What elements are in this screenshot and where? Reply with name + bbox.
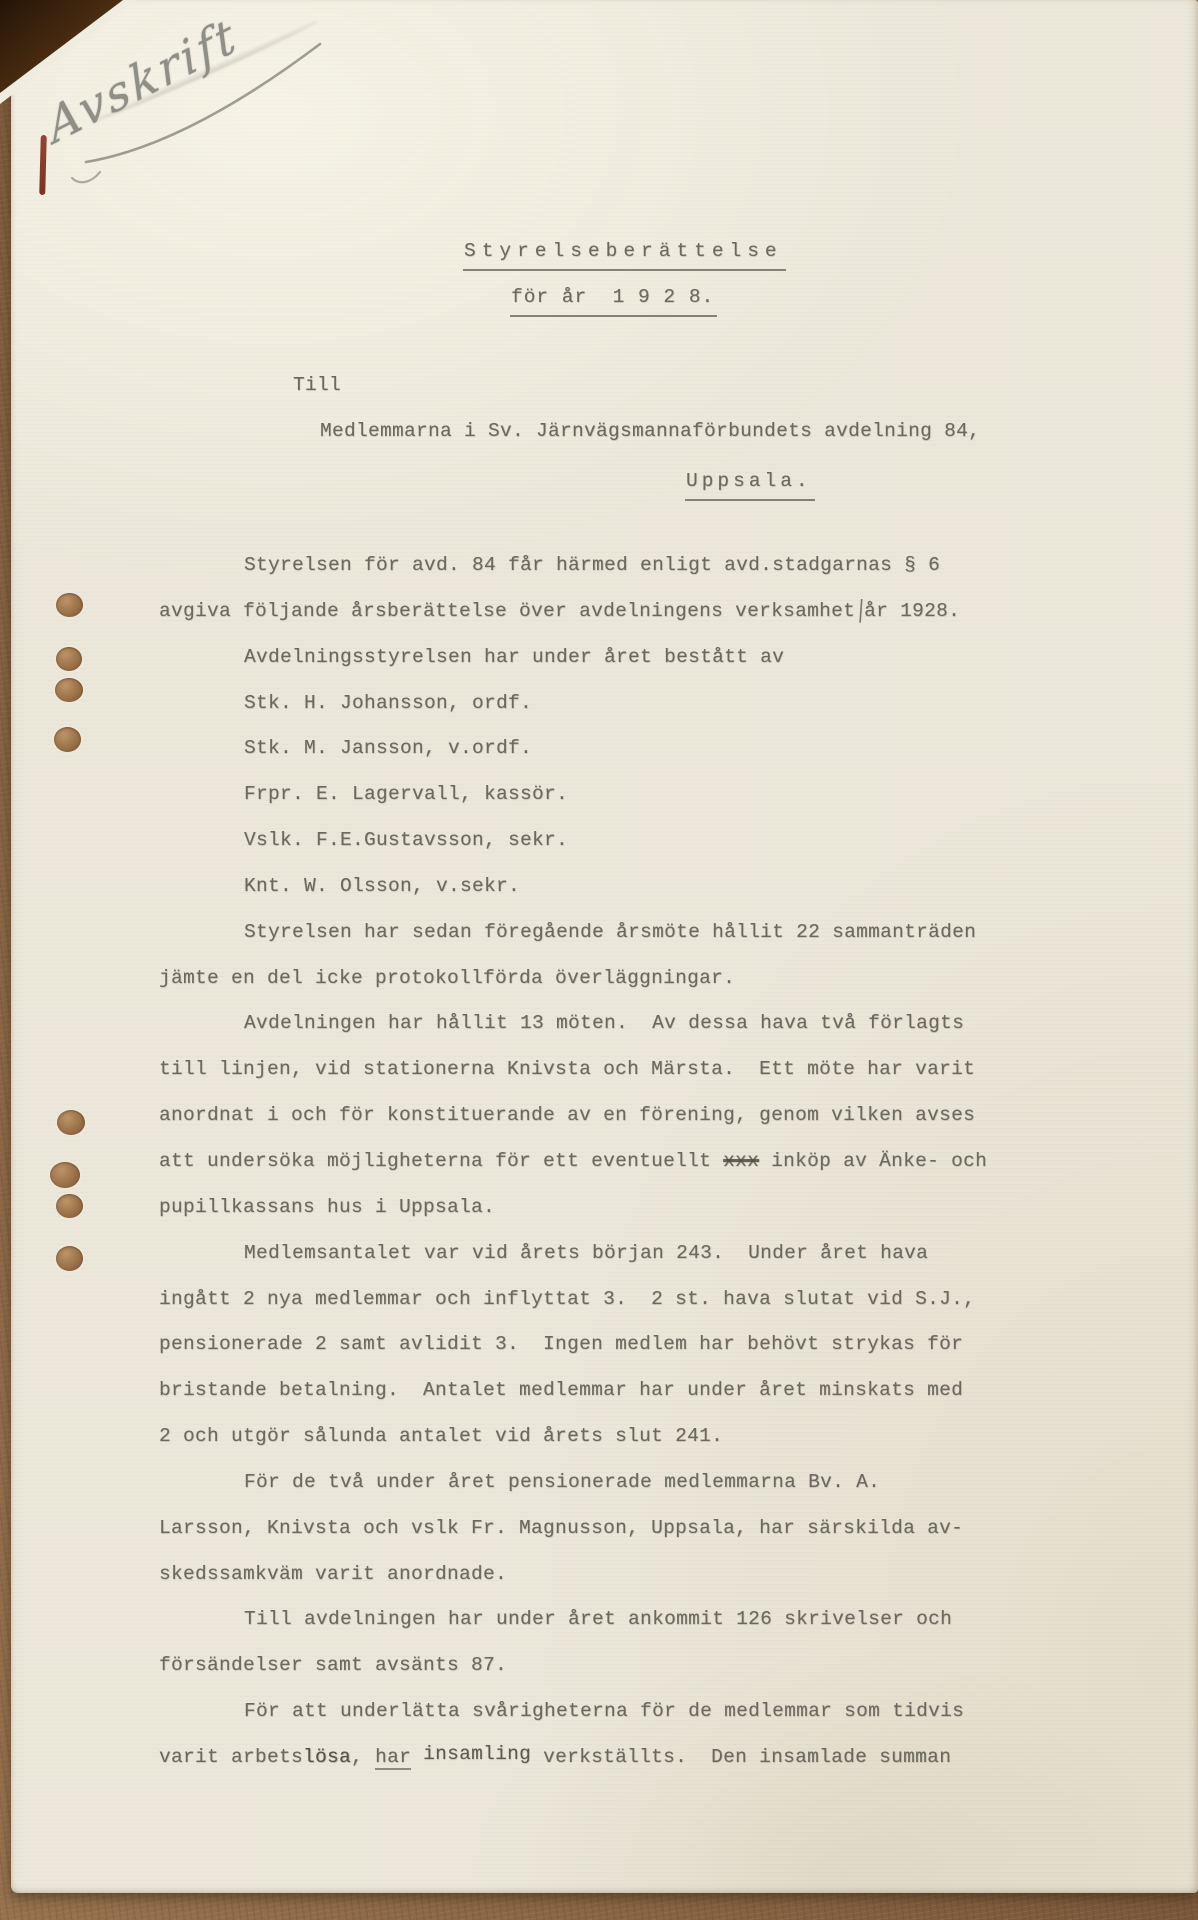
punch-hole xyxy=(57,1110,85,1135)
document-line: Avdelningsstyrelsen har under året bestå… xyxy=(159,644,987,690)
document-line: till linjen, vid stationerna Knivsta och… xyxy=(159,1056,987,1102)
document-line: skedssamkväm varit anordnade. xyxy=(159,1561,987,1607)
punch-hole xyxy=(56,1246,83,1271)
punch-hole xyxy=(50,1162,80,1188)
text-segment: Styrelsen för avd. 84 får härmed enligt … xyxy=(244,554,940,576)
punch-hole xyxy=(55,678,83,702)
text-segment-raised: insamling xyxy=(423,1743,531,1765)
text-segment: till linjen, vid stationerna Knivsta och… xyxy=(159,1058,975,1080)
text-segment-pencil-mark: | xyxy=(854,594,865,630)
text-segment: avgiva följande årsberättelse över avdel… xyxy=(159,600,855,622)
text-segment: För att underlätta svårigheterna för de … xyxy=(244,1700,964,1722)
text-segment: Stk. H. Johansson, ordf. xyxy=(244,692,532,714)
document-line: Stk. H. Johansson, ordf. xyxy=(159,690,987,736)
document-line: Medlemsantalet var vid årets början 243.… xyxy=(159,1240,987,1286)
text-segment: inköp av Änke- och xyxy=(759,1150,987,1172)
text-segment: Larsson, Knivsta och vslk Fr. Magnusson,… xyxy=(159,1517,963,1539)
text-segment-dark: lösa xyxy=(303,1746,351,1768)
document-line: Stk. M. Jansson, v.ordf. xyxy=(159,735,987,781)
text-segment: verkställts. Den insamlade summan xyxy=(531,1746,951,1768)
punch-hole xyxy=(56,1194,83,1218)
text-segment: , xyxy=(351,1746,375,1768)
text-segment-strike: xxx xyxy=(723,1150,759,1172)
text-segment: Styrelsen har sedan föregående årsmöte h… xyxy=(244,921,976,943)
document-line: pupillkassans hus i Uppsala. xyxy=(159,1194,987,1240)
text-segment: Knt. W. Olsson, v.sekr. xyxy=(244,875,520,897)
text-segment: ingått 2 nya medlemmar och inflyttat 3. … xyxy=(159,1288,975,1310)
text-segment: pupillkassans hus i Uppsala. xyxy=(159,1196,495,1218)
document-page: Styrelseberättelse för år 1 9 2 8. Till … xyxy=(11,0,1198,1893)
city-underlined-text: Uppsala. xyxy=(685,468,815,501)
document-line: Larsson, Knivsta och vslk Fr. Magnusson,… xyxy=(159,1515,987,1561)
text-segment: Medlemsantalet var vid årets början 243.… xyxy=(244,1242,928,1264)
document-line: Vslk. F.E.Gustavsson, sekr. xyxy=(159,827,987,873)
document-line: Till avdelningen har under året ankommit… xyxy=(159,1606,987,1652)
text-segment: skedssamkväm varit anordnade. xyxy=(159,1563,507,1585)
document-line: bristande betalning. Antalet medlemmar h… xyxy=(159,1377,987,1423)
text-segment: Till avdelningen har under året ankommit… xyxy=(244,1608,952,1630)
text-segment: Avdelningen har hållit 13 möten. Av dess… xyxy=(244,1012,964,1034)
document-line: att undersöka möjligheterna för ett even… xyxy=(159,1148,987,1194)
document-line: För att underlätta svårigheterna för de … xyxy=(159,1698,987,1744)
text-segment: försändelser samt avsänts 87. xyxy=(159,1654,507,1676)
text-segment: bristande betalning. Antalet medlemmar h… xyxy=(159,1379,963,1401)
document-line: ingått 2 nya medlemmar och inflyttat 3. … xyxy=(159,1286,987,1332)
text-segment: Stk. M. Jansson, v.ordf. xyxy=(244,737,532,759)
salutation-addressee: Medlemmarna i Sv. Järnvägsmannaförbundet… xyxy=(320,418,980,445)
text-segment: Avdelningsstyrelsen har under året bestå… xyxy=(244,646,784,668)
salutation-till: Till xyxy=(293,372,341,399)
document-line: avgiva följande årsberättelse över avdel… xyxy=(159,598,987,644)
document-line: Knt. W. Olsson, v.sekr. xyxy=(159,873,987,919)
text-segment: jämte en del icke protokollförda överläg… xyxy=(159,967,735,989)
document-line: För de två under året pensionerade medle… xyxy=(159,1469,987,1515)
document-line: Styrelsen för avd. 84 får härmed enligt … xyxy=(159,552,987,598)
background-board: Styrelseberättelse för år 1 9 2 8. Till … xyxy=(0,0,1198,1920)
body-lines: Styrelsen för avd. 84 får härmed enligt … xyxy=(159,552,987,1790)
punch-hole xyxy=(54,727,81,752)
document-title-line2: för år 1 9 2 8. xyxy=(510,284,717,317)
text-segment: För de två under året pensionerade medle… xyxy=(244,1471,880,1493)
document-line: försändelser samt avsänts 87. xyxy=(159,1652,987,1698)
text-segment: varit arbets xyxy=(159,1746,303,1768)
text-segment: anordnat i och för konstituerande av en … xyxy=(159,1104,975,1126)
text-segment xyxy=(411,1746,423,1768)
text-segment: Frpr. E. Lagervall, kassör. xyxy=(244,783,568,805)
text-segment: att undersöka möjligheterna för ett even… xyxy=(159,1150,723,1172)
text-segment: år 1928. xyxy=(864,600,960,622)
document-title-line1: Styrelseberättelse xyxy=(463,238,786,271)
document-line: pensionerade 2 samt avlidit 3. Ingen med… xyxy=(159,1331,987,1377)
document-line: anordnat i och för konstituerande av en … xyxy=(159,1102,987,1148)
text-segment: pensionerade 2 samt avlidit 3. Ingen med… xyxy=(159,1333,963,1355)
document-line: jämte en del icke protokollförda överläg… xyxy=(159,965,987,1011)
text-segment-underline: har xyxy=(375,1746,411,1770)
title-year-underlined-text: för år 1 9 2 8. xyxy=(510,284,717,317)
salutation-city: Uppsala. xyxy=(685,468,815,501)
document-line: 2 och utgör sålunda antalet vid årets sl… xyxy=(159,1423,987,1469)
document-line: varit arbetslösa, har insamling verkstäl… xyxy=(159,1744,987,1790)
document-line: Styrelsen har sedan föregående årsmöte h… xyxy=(159,919,987,965)
document-line: Avdelningen har hållit 13 möten. Av dess… xyxy=(159,1010,987,1056)
text-segment: Vslk. F.E.Gustavsson, sekr. xyxy=(244,829,568,851)
punch-hole xyxy=(56,647,82,671)
text-segment: 2 och utgör sålunda antalet vid årets sl… xyxy=(159,1425,723,1447)
punch-hole xyxy=(56,593,83,617)
title-underlined-text: Styrelseberättelse xyxy=(463,238,786,271)
document-line: Frpr. E. Lagervall, kassör. xyxy=(159,781,987,827)
